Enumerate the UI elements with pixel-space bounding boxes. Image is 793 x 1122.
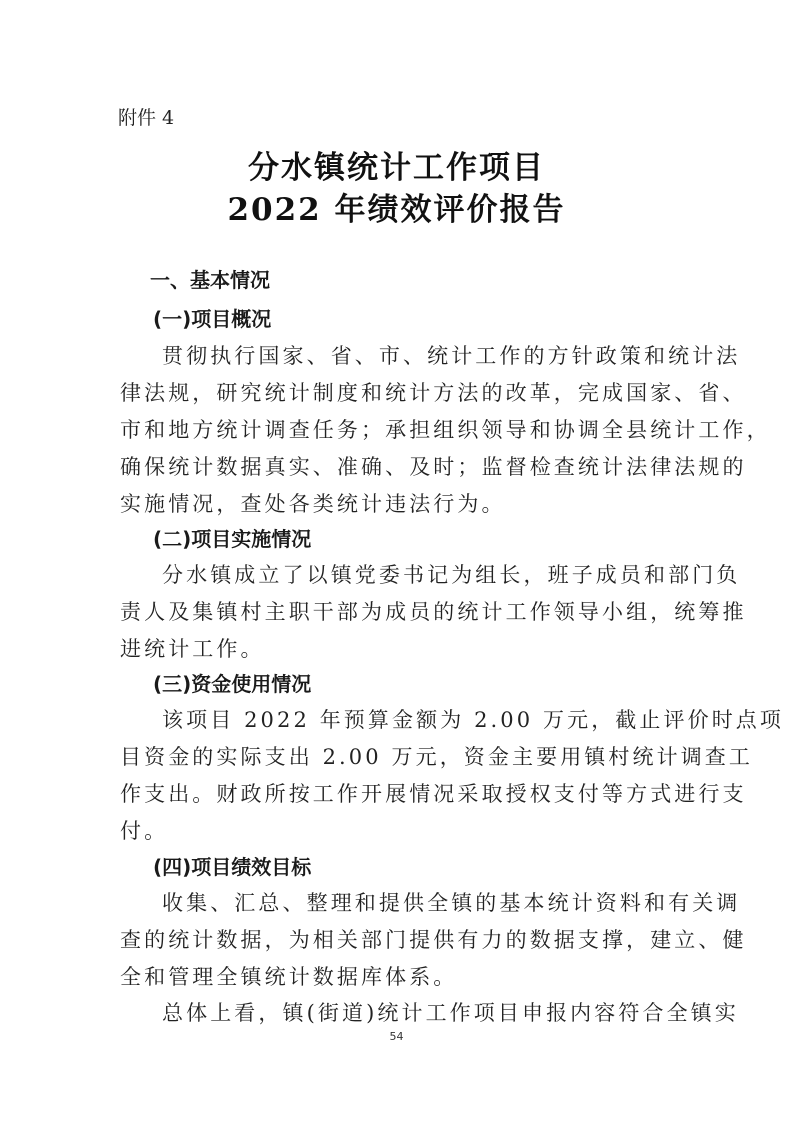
paragraph-line: 市和地方统计调查任务；承担组织领导和协调全县统计工作，: [120, 414, 685, 444]
subsection-heading-performance-goals: (四)项目绩效目标: [153, 851, 311, 880]
paragraph-line: 律法规，研究统计制度和统计方法的改革，完成国家、省、: [120, 377, 685, 407]
document-title-line2: 2022 年绩效评价报告: [0, 184, 793, 229]
attachment-label: 附件 4: [118, 103, 174, 130]
paragraph-line: 进统计工作。: [120, 633, 685, 663]
paragraph-line: 贯彻执行国家、省、市、统计工作的方针政策和统计法: [162, 340, 727, 370]
document-title-line1: 分水镇统计工作项目: [0, 142, 793, 187]
subsection-heading-overview: (一)项目概况: [153, 303, 271, 332]
paragraph-line: 确保统计数据真实、准确、及时；监督检查统计法律法规的: [120, 451, 685, 481]
subsection-heading-implementation: (二)项目实施情况: [153, 523, 311, 552]
paragraph-line: 查的统计数据，为相关部门提供有力的数据支撑，建立、健: [120, 924, 685, 954]
paragraph-line: 收集、汇总、整理和提供全镇的基本统计资料和有关调: [162, 887, 727, 917]
paragraph-line: 付。: [120, 815, 685, 845]
paragraph-line: 分水镇成立了以镇党委书记为组长，班子成员和部门负: [162, 559, 727, 589]
paragraph-line: 目资金的实际支出 2.00 万元，资金主要用镇村统计调查工: [120, 741, 685, 771]
paragraph-line: 全和管理全镇统计数据库体系。: [120, 961, 685, 991]
paragraph-line: 作支出。财政所按工作开展情况采取授权支付等方式进行支: [120, 778, 685, 808]
page-number: 54: [0, 1030, 793, 1043]
paragraph-line: 责人及集镇村主职干部为成员的统计工作领导小组，统筹推: [120, 596, 685, 626]
paragraph-line: 实施情况，查处各类统计违法行为。: [120, 488, 685, 518]
section-heading-basic-info: 一、基本情况: [150, 264, 270, 293]
subsection-heading-funding: (三)资金使用情况: [153, 668, 311, 697]
paragraph-line: 该项目 2022 年预算金额为 2.00 万元，截止评价时点项: [162, 704, 727, 734]
paragraph-line: 总体上看，镇(街道)统计工作项目申报内容符合全镇实: [162, 997, 727, 1027]
